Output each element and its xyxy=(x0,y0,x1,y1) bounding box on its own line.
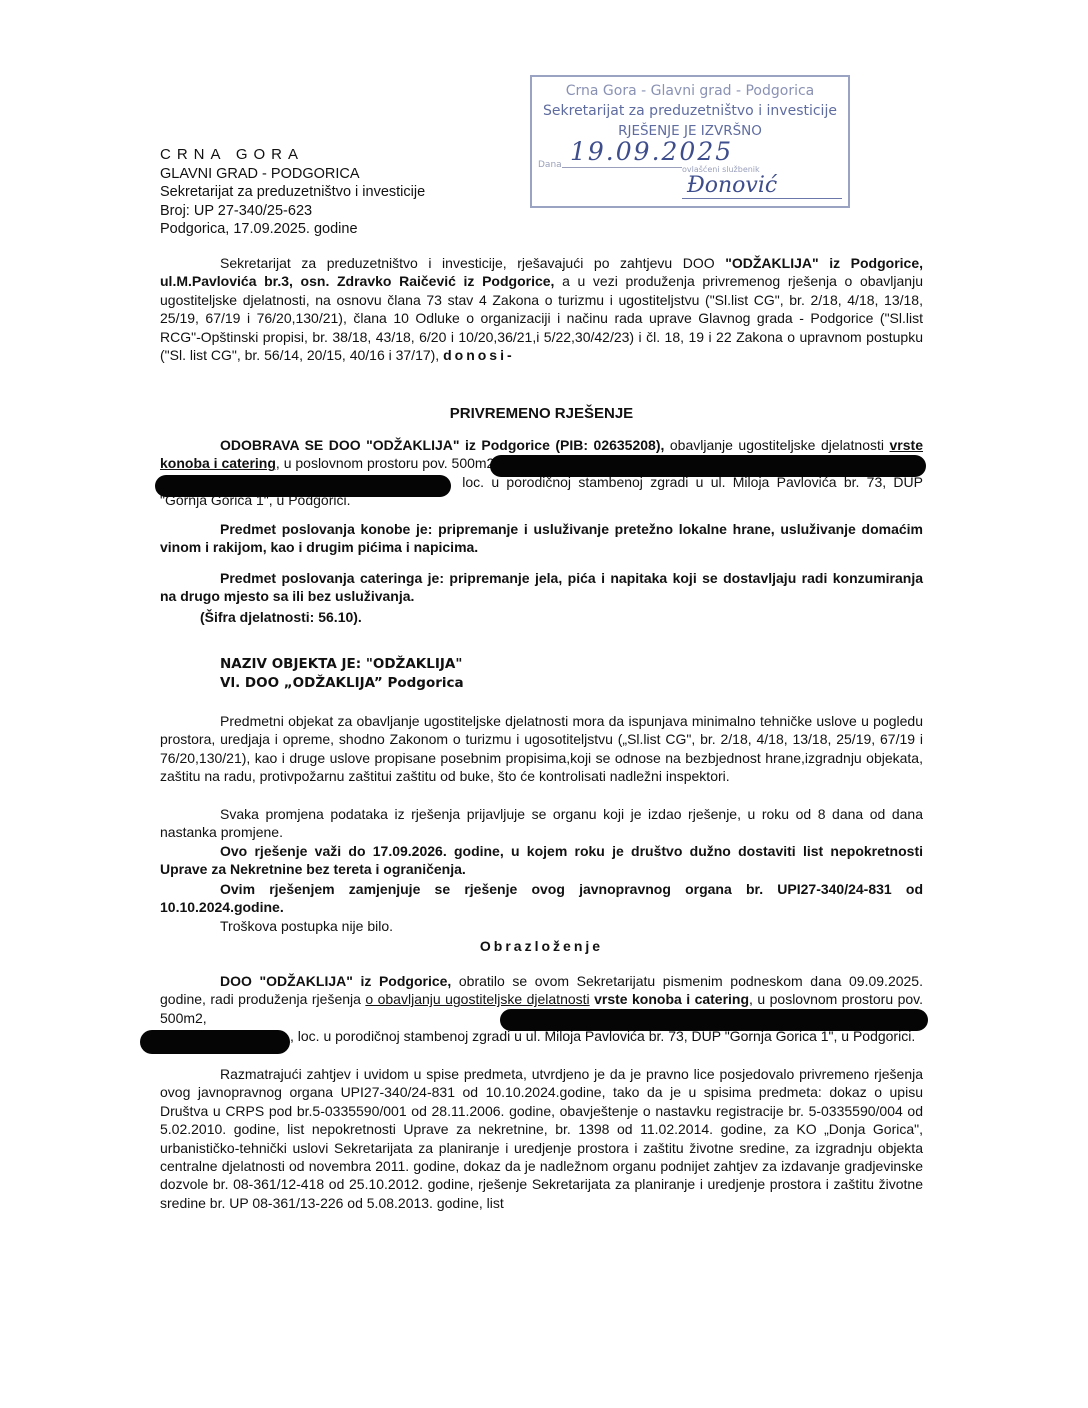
intro-donosi: donosi- xyxy=(443,347,515,363)
object-name: NAZIV OBJEKTA JE: "ODŽAKLIJA" xyxy=(220,655,720,673)
stamp-signature-line xyxy=(682,198,842,199)
executable-stamp: Crna Gora - Glavni grad - Podgorica Sekr… xyxy=(530,75,850,208)
redaction-block xyxy=(490,455,926,477)
redaction-block xyxy=(500,1009,928,1031)
document-header: CRNA GORA GLAVNI GRAD - PODGORICA Sekret… xyxy=(160,146,425,239)
redaction-block xyxy=(155,475,451,497)
decision-title: PRIVREMENO RJEŠENJE xyxy=(160,405,923,423)
object-owner: Vl. DOO „ODŽAKLIJA” Podgorica xyxy=(220,674,720,692)
stamp-line-1: Crna Gora - Glavni grad - Podgorica xyxy=(532,83,848,99)
konoba-paragraph: Predmet poslovanja konobe je: pripremanj… xyxy=(160,520,923,557)
stamp-date-line xyxy=(562,167,682,168)
header-city: GLAVNI GRAD - PODGORICA xyxy=(160,165,425,184)
conditions-paragraph: Predmetni objekat za obavljanje ugostite… xyxy=(160,712,923,786)
redaction-block xyxy=(140,1030,290,1054)
validity-paragraph: Ovo rješenje važi do 17.09.2026. godine,… xyxy=(160,842,923,879)
changes-paragraph: Svaka promjena podataka iz rješenja prij… xyxy=(160,805,923,842)
reasoning-title: Obrazloženje xyxy=(160,937,923,955)
costs-paragraph: Troškova postupka nije bilo. xyxy=(160,917,923,935)
header-number: Broj: UP 27-340/25-623 xyxy=(160,202,425,221)
header-place-date: Podgorica, 17.09.2025. godine xyxy=(160,220,425,239)
stamp-signature: Đonović xyxy=(687,173,777,198)
activity-code: (Šifra djelatnosti: 56.10). xyxy=(200,608,600,626)
stamp-handwritten-date: 19.09.2025 xyxy=(570,137,733,166)
header-office: Sekretarijat za preduzetništvo i investi… xyxy=(160,183,425,202)
header-country: CRNA GORA xyxy=(160,146,425,165)
stamp-dana-label: Dana xyxy=(538,160,562,170)
replacement-paragraph: Ovim rješenjem zamjenjuje se rješenje ov… xyxy=(160,880,923,917)
catering-paragraph: Predmet poslovanja cateringa je: priprem… xyxy=(160,569,923,606)
intro-paragraph: Sekretarijat za preduzetništvo i investi… xyxy=(160,254,923,364)
reasoning-paragraph-2: Razmatrajući zahtjev i uvidom u spise pr… xyxy=(160,1065,923,1212)
stamp-line-2: Sekretarijat za preduzetništvo i investi… xyxy=(532,103,848,119)
